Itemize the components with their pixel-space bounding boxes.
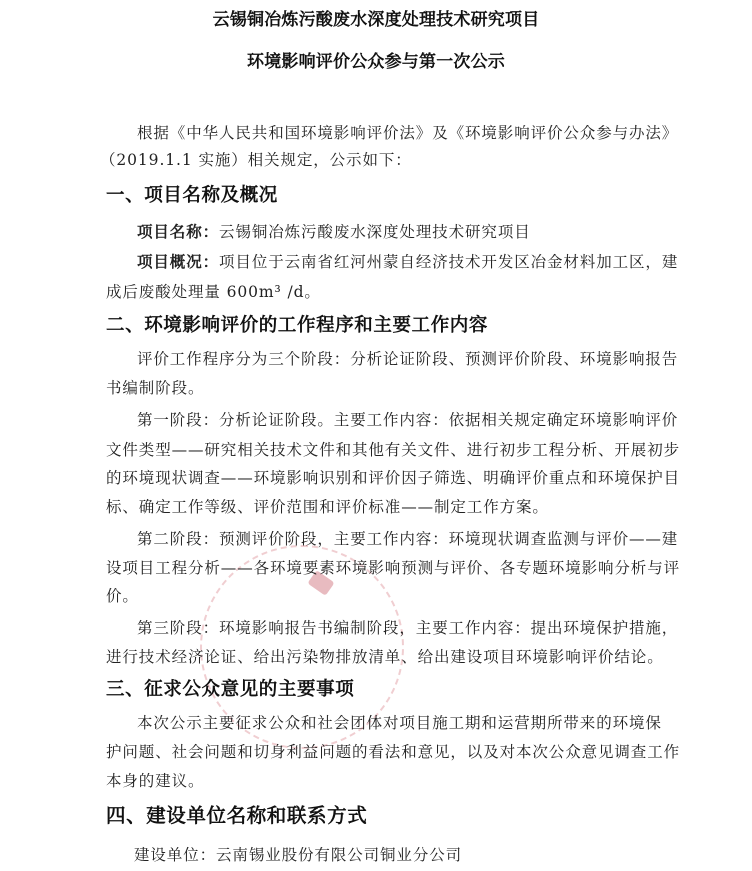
construction-unit-label: 建设单位： [134,846,216,864]
section1-heading: 一、项目名称及概况 [106,184,278,208]
document-title-line2: 环境影响评价公众参与第一次公示 [0,51,752,73]
section2-p3-line1: 第二阶段：预测评价阶段，主要工作内容：环境现状调查监测与评价——建 [137,529,669,549]
intro-line1: 根据《中华人民共和国环境影响评价法》及《环境影响评价公众参与办法》 [137,123,669,143]
section2-p1-line1: 评价工作程序分为三个阶段：分析论证阶段、预测评价阶段、环境影响报告 [137,349,669,369]
project-overview-line2: 成后废酸处理量 600m³ /d。 [106,282,638,302]
project-name-label: 项目名称： [137,223,219,241]
project-overview-row: 项目概况：项目位于云南省红河州蒙自经济技术开发区冶金材料加工区，建 [137,252,669,272]
intro-line2: （2019.1.1 实施）相关规定，公示如下： [100,150,632,170]
section3-p1-line1: 本次公示主要征求公众和社会团体对项目施工期和运营期所带来的环境保 [137,713,669,733]
project-name-value: 云锡铜冶炼污酸废水深度处理技术研究项目 [219,223,531,241]
section2-p2-line4: 标、确定工作等级、评价范围和评价标准——制定工作方案。 [106,497,638,517]
project-overview-line1: 项目位于云南省红河州蒙自经济技术开发区冶金材料加工区，建 [219,253,678,271]
project-name-row: 项目名称：云锡铜冶炼污酸废水深度处理技术研究项目 [137,222,669,242]
section2-p2-line2: 文件类型——研究相关技术文件和其他有关文件、进行初步工程分析、开展初步 [106,440,638,460]
section2-p3-line3: 价。 [106,586,638,606]
construction-unit-row: 建设单位：云南锡业股份有限公司铜业分公司 [134,845,666,865]
section3-p1-line2: 护问题、社会问题和切身利益问题的看法和意见，以及对本次公众意见调查工作 [106,742,638,762]
section3-p1-line3: 本身的建议。 [106,771,638,791]
document-title-line1: 云锡铜冶炼污酸废水深度处理技术研究项目 [0,9,752,31]
section4-heading: 四、建设单位名称和联系方式 [106,804,367,828]
project-overview-label: 项目概况： [137,253,219,271]
section2-p1-line2: 书编制阶段。 [106,378,638,398]
construction-unit-value: 云南锡业股份有限公司铜业分公司 [216,846,462,864]
section2-p4-line1: 第三阶段：环境影响报告书编制阶段，主要工作内容：提出环境保护措施， [137,618,669,638]
section2-heading: 二、环境影响评价的工作程序和主要工作内容 [106,314,488,338]
section2-p4-line2: 进行技术经济论证、给出污染物排放清单、给出建设项目环境影响评价结论。 [106,647,638,667]
section2-p2-line3: 的环境现状调查——环境影响识别和评价因子筛选、明确评价重点和环境保护目 [106,468,638,488]
document-page: 云锡铜冶炼污酸废水深度处理技术研究项目 环境影响评价公众参与第一次公示 根据《中… [0,0,752,871]
section2-p2-line1: 第一阶段：分析论证阶段。主要工作内容：依据相关规定确定环境影响评价 [137,410,669,430]
section2-p3-line2: 设项目工程分析——各环境要素环境影响预测与评价、各专题环境影响分析与评 [106,558,638,578]
section3-heading: 三、征求公众意见的主要事项 [106,678,354,702]
